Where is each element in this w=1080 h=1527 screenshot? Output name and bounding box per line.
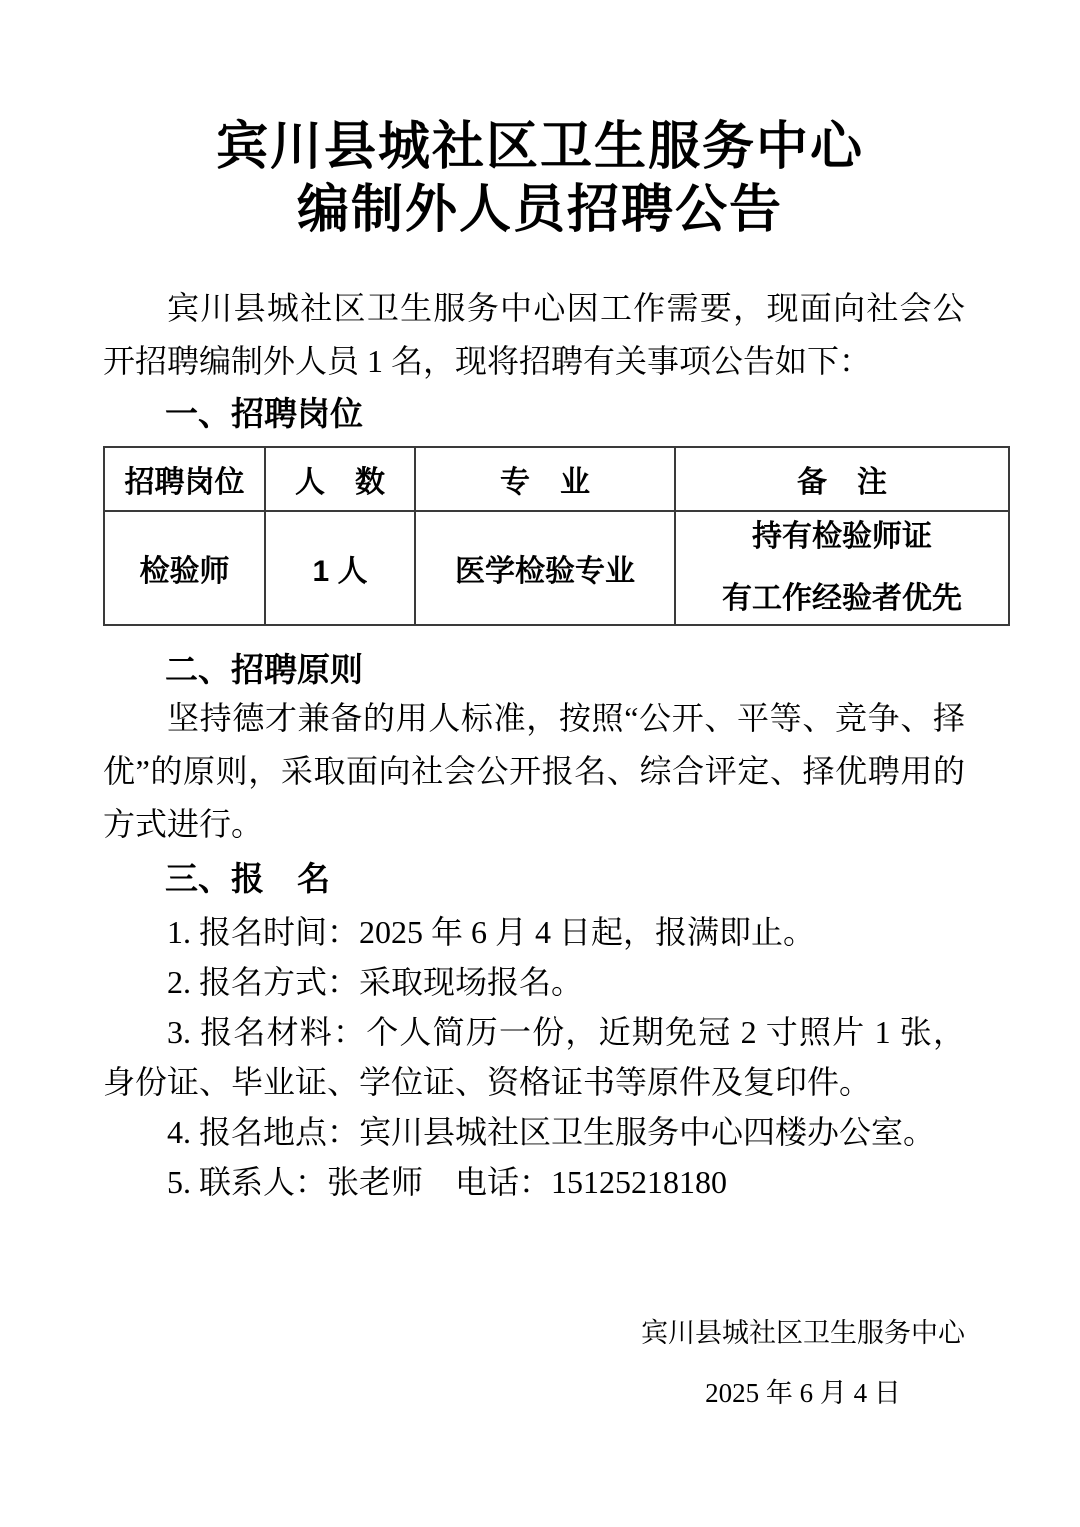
table-header-count: 人 数 — [265, 447, 415, 511]
signup-item-method: 2. 报名方式：采取现场报名。 — [103, 957, 965, 1007]
table-header-note: 备 注 — [675, 447, 1009, 511]
signup-item-contact: 5. 联系人：张老师 电话：15125218180 — [103, 1157, 965, 1207]
note-line-1: 持有检验师证 — [676, 517, 1008, 557]
signup-item-location: 4. 报名地点：宾川县城社区卫生服务中心四楼办公室。 — [103, 1107, 965, 1157]
signature-org: 宾川县城社区卫生服务中心 — [638, 1303, 968, 1363]
document-title: 宾川县城社区卫生服务中心 编制外人员招聘公告 — [103, 116, 977, 242]
section-heading-signup: 三、报 名 — [103, 857, 1080, 901]
table-cell-count: 1 人 — [265, 511, 415, 625]
section-heading-post: 一、招聘岗位 — [103, 392, 1080, 436]
signature-block: 宾川县城社区卫生服务中心 2025 年 6 月 4 日 — [638, 1303, 968, 1423]
table-header-major: 专 业 — [415, 447, 675, 511]
note-line-2: 有工作经验者优先 — [676, 579, 1008, 619]
table-row: 检验师 1 人 医学检验专业 持有检验师证 有工作经验者优先 — [104, 511, 1009, 625]
signature-date: 2025 年 6 月 4 日 — [638, 1363, 968, 1423]
table-header-post: 招聘岗位 — [104, 447, 265, 511]
signup-item-time: 1. 报名时间：2025 年 6 月 4 日起，报满即止。 — [103, 907, 965, 957]
table-cell-post: 检验师 — [104, 511, 265, 625]
table-header-row: 招聘岗位 人 数 专 业 备 注 — [104, 447, 1009, 511]
table-cell-major: 医学检验专业 — [415, 511, 675, 625]
recruitment-table: 招聘岗位 人 数 专 业 备 注 检验师 1 人 医学检验专业 持有检验师证 有… — [103, 446, 1010, 626]
table-cell-note: 持有检验师证 有工作经验者优先 — [675, 511, 1009, 625]
signup-item-list: 1. 报名时间：2025 年 6 月 4 日起，报满即止。 2. 报名方式：采取… — [103, 907, 1080, 1207]
title-line-2: 编制外人员招聘公告 — [103, 179, 977, 242]
principle-paragraph: 坚持德才兼备的用人标准，按照“公开、平等、竞争、择优”的原则，采取面向社会公开报… — [103, 692, 965, 851]
intro-paragraph: 宾川县城社区卫生服务中心因工作需要，现面向社会公开招聘编制外人员 1 名，现将招… — [103, 282, 965, 388]
announcement-document: 宾川县城社区卫生服务中心 编制外人员招聘公告 宾川县城社区卫生服务中心因工作需要… — [0, 0, 1080, 1527]
title-line-1: 宾川县城社区卫生服务中心 — [103, 116, 977, 179]
signup-item-materials: 3. 报名材料：个人简历一份，近期免冠 2 寸照片 1 张，身份证、毕业证、学位… — [103, 1007, 965, 1107]
section-heading-principle: 二、招聘原则 — [103, 648, 1080, 692]
